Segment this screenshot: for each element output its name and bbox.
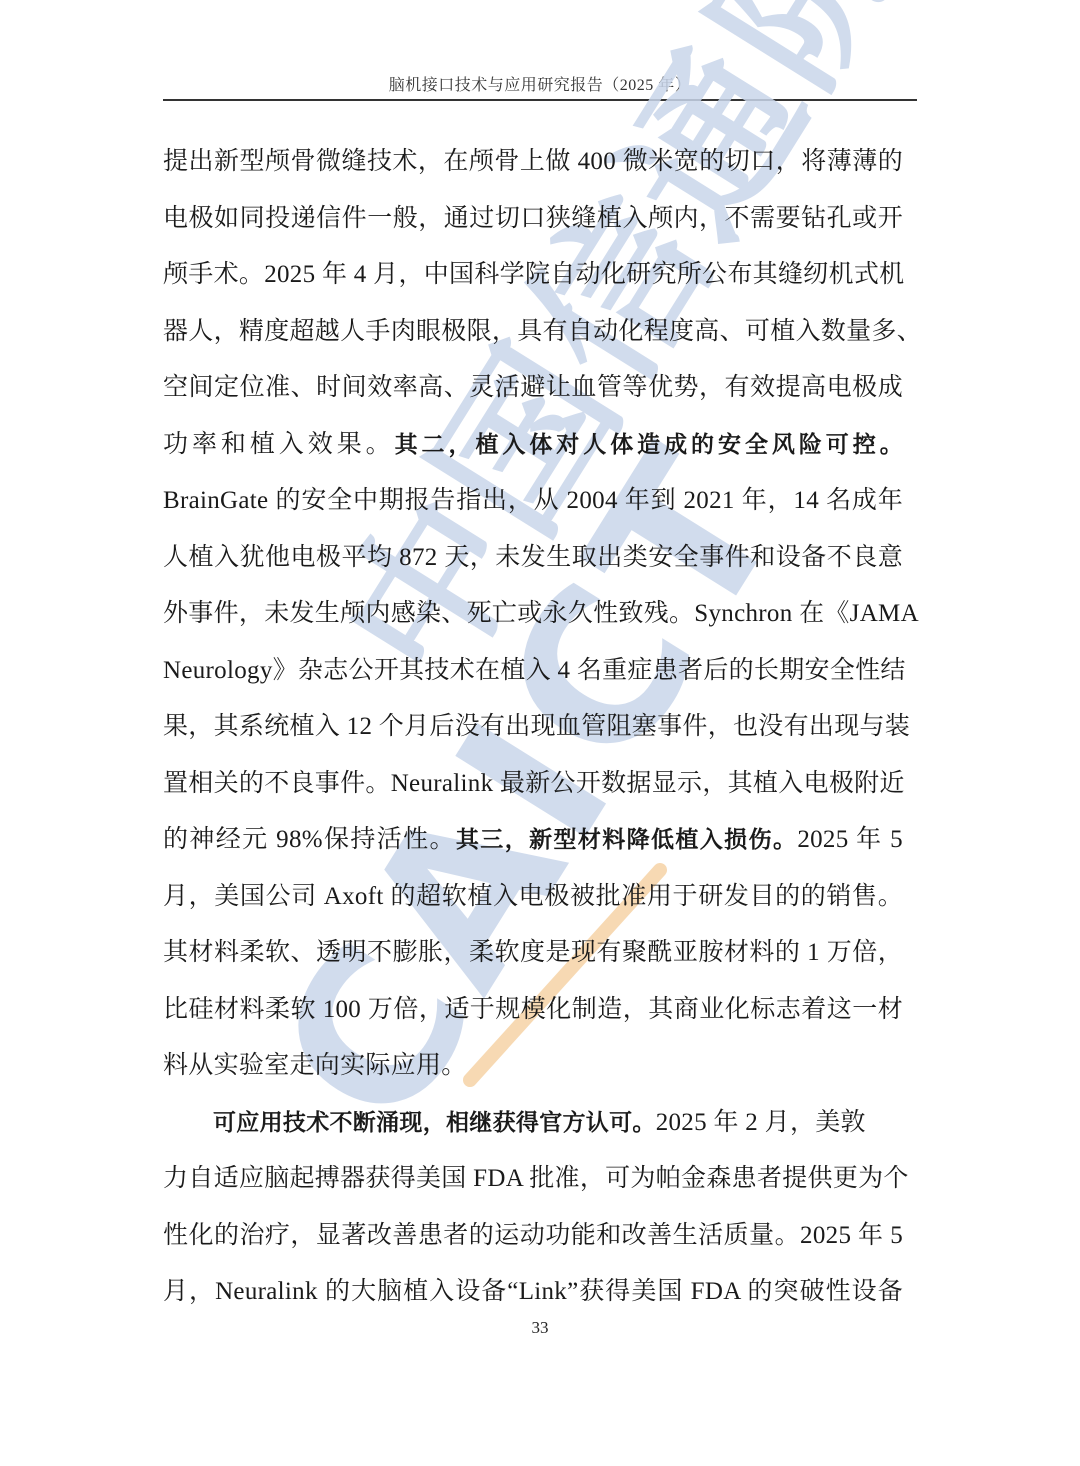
text-segment: 外事件，未发生颅内感染、死亡或永久性致残。Synchron 在《JAMA [163,600,919,627]
text-line: 料从实验室走向实际应用。 [163,1038,903,1095]
text-segment: 果，其系统植入 12 个月后没有出现血管阻塞事件，也没有出现与装 [163,713,910,740]
text-segment: 料从实验室走向实际应用。 [163,1052,467,1079]
text-segment: 电极如同投递信件一般，通过切口狭缝植入颅内，不需要钻孔或开 [163,205,903,232]
text-line: 比硅材料柔软 100 万倍，适于规模化制造，其商业化标志着这一材 [163,982,903,1039]
text-line: 置相关的不良事件。Neuralink 最新公开数据显示，其植入电极附近 [163,756,903,813]
text-line: 力自适应脑起搏器获得美国 FDA 批准，可为帕金森患者提供更为个 [163,1151,903,1208]
text-segment: Neurology》杂志公开其技术在植入 4 名重症患者后的长期安全性结 [163,657,906,684]
text-line: 其材料柔软、透明不膨胀，柔软度是现有聚酰亚胺材料的 1 万倍， [163,925,903,982]
text-line: 性化的治疗，显著改善患者的运动功能和改善生活质量。2025 年 5 [163,1208,903,1265]
text-segment: 2025 年 5 [797,826,903,853]
text-segment: 人植入犹他电极平均 872 天，未发生取出类安全事件和设备不良意 [163,544,903,571]
text-segment: 空间定位准、时间效率高、灵活避让血管等优势，有效提高电极成 [163,374,903,401]
text-line: BrainGate 的安全中期报告指出，从 2004 年到 2021 年，14 … [163,473,903,530]
text-line: 空间定位准、时间效率高、灵活避让血管等优势，有效提高电极成 [163,360,903,417]
text-segment: 置相关的不良事件。Neuralink 最新公开数据显示，其植入电极附近 [163,770,905,797]
text-line: 颅手术。2025 年 4 月，中国科学院自动化研究所公布其缝纫机式机 [163,247,903,304]
text-line: 的神经元 98%保持活性。其三，新型材料降低植入损伤。2025 年 5 [163,812,903,869]
text-segment: 月，Neuralink 的大脑植入设备“Link”获得美国 FDA 的突破性设备 [163,1278,903,1305]
text-segment: 比硅材料柔软 100 万倍，适于规模化制造，其商业化标志着这一材 [163,996,903,1023]
text-segment: 提出新型颅骨微缝技术，在颅骨上做 400 微米宽的切口，将薄薄的 [163,148,903,175]
text-segment: BrainGate 的安全中期报告指出，从 2004 年到 2021 年，14 … [163,487,903,514]
text-segment: 功率和植入效果。 [163,431,395,458]
header-rule [163,99,917,101]
body-text: 提出新型颅骨微缝技术，在颅骨上做 400 微米宽的切口，将薄薄的电极如同投递信件… [163,134,903,1321]
text-line: Neurology》杂志公开其技术在植入 4 名重症患者后的长期安全性结 [163,643,903,700]
text-segment: 力自适应脑起搏器获得美国 FDA 批准，可为帕金森患者提供更为个 [163,1165,909,1192]
text-line: 外事件，未发生颅内感染、死亡或永久性致残。Synchron 在《JAMA [163,586,903,643]
bold-text-segment: 其三，新型材料降低植入损伤。 [456,827,797,853]
page-number: 33 [0,1318,1080,1338]
text-line: 月，Neuralink 的大脑植入设备“Link”获得美国 FDA 的突破性设备 [163,1264,903,1321]
text-line: 功率和植入效果。其二，植入体对人体造成的安全风险可控。 [163,417,903,474]
text-segment: 月，美国公司 Axoft 的超软植入电极被批准用于研发目的的销售。 [163,883,903,910]
text-line: 可应用技术不断涌现，相继获得官方认可。2025 年 2 月，美敦 [163,1095,903,1152]
text-segment: 的神经元 98%保持活性。 [163,826,456,853]
text-line: 电极如同投递信件一般，通过切口狭缝植入颅内，不需要钻孔或开 [163,191,903,248]
text-line: 提出新型颅骨微缝技术，在颅骨上做 400 微米宽的切口，将薄薄的 [163,134,903,191]
text-line: 果，其系统植入 12 个月后没有出现血管阻塞事件，也没有出现与装 [163,699,903,756]
text-line: 器人，精度超越人手肉眼极限，具有自动化程度高、可植入数量多、 [163,304,903,361]
text-segment: 性化的治疗，显著改善患者的运动功能和改善生活质量。2025 年 5 [163,1222,903,1249]
text-segment: 颅手术。2025 年 4 月，中国科学院自动化研究所公布其缝纫机式机 [163,261,904,288]
text-line: 人植入犹他电极平均 872 天，未发生取出类安全事件和设备不良意 [163,530,903,587]
bold-text-segment: 可应用技术不断涌现，相继获得官方认可。 [213,1110,656,1136]
text-line: 月，美国公司 Axoft 的超软植入电极被批准用于研发目的的销售。 [163,869,903,926]
text-segment: 其材料柔软、透明不膨胀，柔软度是现有聚酰亚胺材料的 1 万倍， [163,939,903,966]
text-segment: 2025 年 2 月，美敦 [656,1109,866,1136]
text-segment: 器人，精度超越人手肉眼极限，具有自动化程度高、可植入数量多、 [163,318,922,345]
running-header: 脑机接口技术与应用研究报告（2025 年） [163,72,917,95]
bold-text-segment: 其二，植入体对人体造成的安全风险可控。 [395,432,903,458]
